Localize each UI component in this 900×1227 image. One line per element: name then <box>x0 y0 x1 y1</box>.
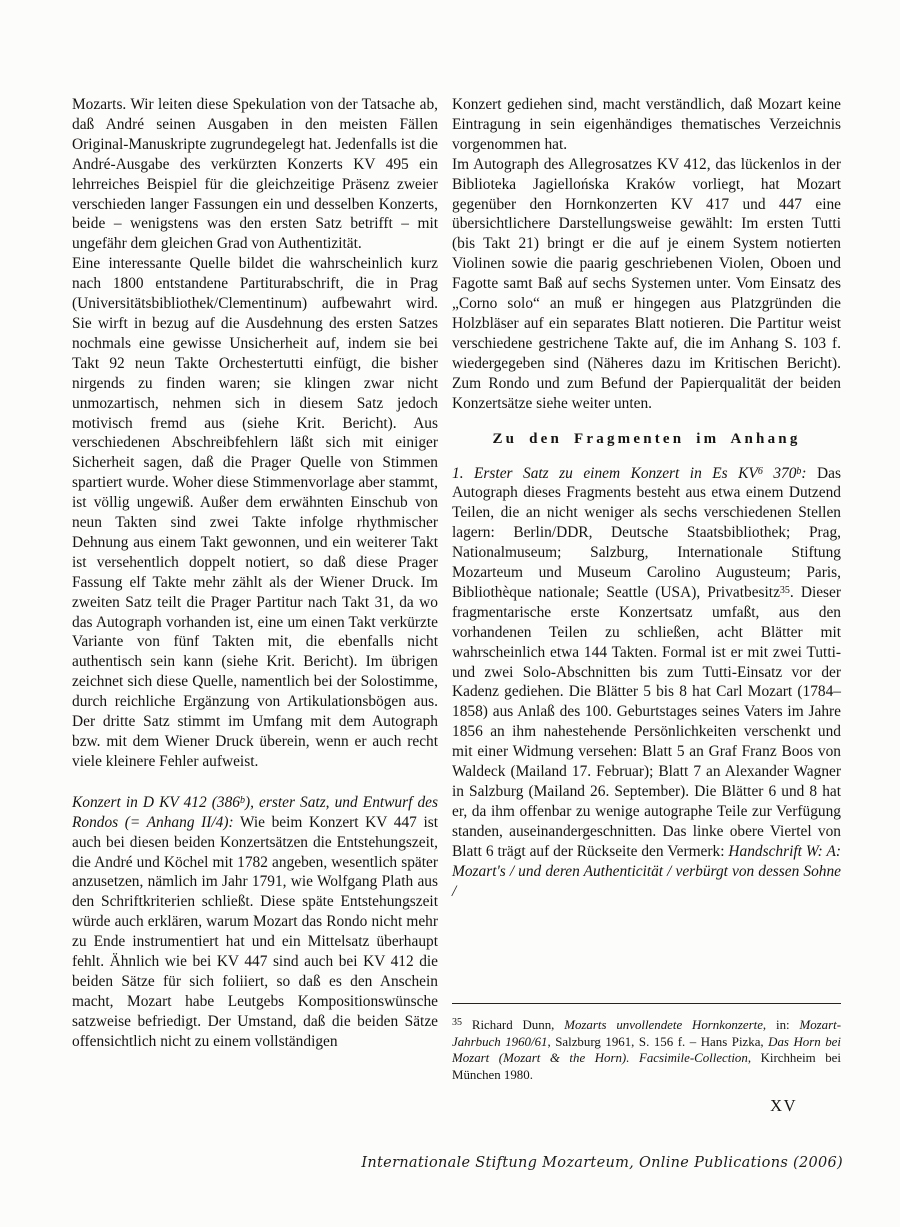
page-number: XV <box>452 1096 841 1116</box>
publication-footer: Internationale Stiftung Mozarteum, Onlin… <box>361 1155 843 1171</box>
paragraph-prague-source: Eine interessante Quelle bildet die wahr… <box>72 254 438 772</box>
paragraph-continuation: Konzert gediehen sind, macht verständlic… <box>452 95 841 155</box>
paragraph-continuation: Mozarts. Wir leiten diese Spekulation vo… <box>72 95 438 254</box>
footnote-separator <box>452 1003 841 1004</box>
footnote-text: 35 Richard Dunn, Mozarts unvollendete Ho… <box>452 1017 841 1083</box>
footnote-block: 35 Richard Dunn, Mozarts unvollendete Ho… <box>452 1003 841 1083</box>
right-column: Konzert gediehen sind, macht verständlic… <box>452 95 841 901</box>
paragraph-kv412: Konzert in D KV 412 (386b), erster Satz,… <box>72 793 438 1052</box>
section-heading: Zu den Fragmenten im Anhang <box>452 431 841 448</box>
left-column: Mozarts. Wir leiten diese Spekulation vo… <box>72 95 438 1052</box>
paragraph-autograph-kv412: Im Autograph des Allegrosatzes KV 412, d… <box>452 155 841 414</box>
paragraph-fragment-kv370b: 1. Erster Satz zu einem Konzert in Es KV… <box>452 464 841 902</box>
document-page: Mozarts. Wir leiten diese Spekulation vo… <box>0 0 900 1227</box>
